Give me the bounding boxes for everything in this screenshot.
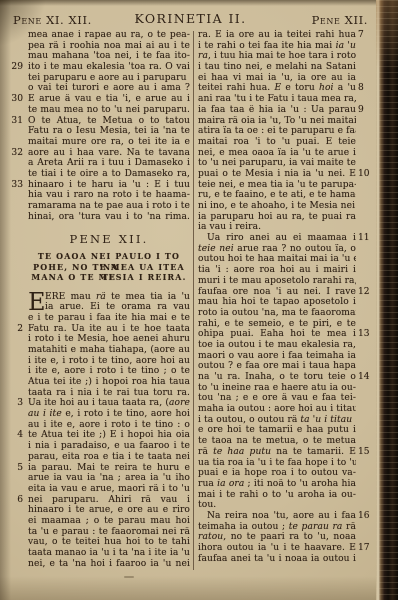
text-line: tou 'na ; e e ore â vau e faa tei- bbox=[198, 393, 356, 404]
text-line: te mau mea no to 'u nei paruparu. bbox=[28, 105, 190, 116]
text-line: hinaaro i te arue, e ore au e riro bbox=[28, 505, 190, 516]
header-right-chapter: Pene XII. bbox=[312, 13, 368, 27]
chapter-summary-line: MANA O TE MESIA I REIRA. bbox=[28, 273, 190, 283]
adjacent-page-edge bbox=[376, 0, 398, 600]
text-line: ani raa 'tu i te Fatu i taua mea ra, bbox=[198, 94, 356, 105]
text-line: maira râ oia ia 'u, To 'u nei maitai bbox=[198, 116, 356, 127]
text-line: ia arue. Ei te orama ra vau bbox=[28, 302, 190, 313]
text-line: te taoa na te metua, o te metua bbox=[198, 436, 356, 447]
verse-number: 7 bbox=[358, 30, 377, 41]
text-line: ra, i tuu hia mai te hoe tara i roto bbox=[198, 51, 356, 62]
text-line: i tau tino nei, e melahi na Satani bbox=[198, 62, 356, 73]
verse-number: 2 bbox=[6, 324, 23, 335]
text-line: maori o vau aore i faa teimaha ia bbox=[198, 351, 356, 362]
text-line: e i te parau i faa ite hia mai e te bbox=[28, 313, 190, 324]
text-line: i te rahi o tei faa ite hia mai ia 'u bbox=[198, 41, 356, 52]
verse-number: 29 bbox=[6, 62, 23, 73]
text-line: o vai tei turori e aore au i ama ? bbox=[28, 83, 190, 94]
text-line: ihora outou ia 'u i te haavare. E17 bbox=[198, 543, 356, 554]
text-line: mau mahana 'toa nei, i te faa ito- bbox=[28, 51, 190, 62]
text-line: ni ino, e te ahoaho, i te Mesia nei : bbox=[198, 201, 356, 212]
text-line: to 'u nei paruparu, ia vai maite te bbox=[198, 158, 356, 169]
right-column-text-block: ra. E ia ore au ia teitei rahi hua7i te … bbox=[198, 30, 356, 564]
text-line: tou. bbox=[198, 500, 356, 511]
text-line: teitei rahi hua. E e toru hoi a 'u8 bbox=[198, 83, 356, 94]
verse-number: 5 bbox=[6, 463, 23, 474]
text-line: i ite e, i roto i te tino, aore hoi au bbox=[28, 356, 190, 367]
text-line: Fatu ra. Ua ite au i te hoe taata2 bbox=[28, 324, 190, 335]
text-line: maitai mure ore ra, o tei ite ia e bbox=[28, 137, 190, 148]
text-line: Ua ite hoi au i taua taata ra, (aore3 bbox=[28, 398, 190, 409]
text-line: teimaha ia outou ; te parau ra râ bbox=[198, 522, 356, 533]
text-line: maitai roa 'i to 'u puai. E teie bbox=[198, 137, 356, 148]
text-line: Fatu ra o Iesu Mesia, tei ia 'na te bbox=[28, 126, 190, 137]
text-line: i ta outou, o outou râ ta 'u i titau : bbox=[198, 415, 356, 426]
text-line: au i ite e, i roto i te tino, aore hoi bbox=[28, 409, 190, 420]
text-line: mau hia hoi te tapao aposetolo i bbox=[198, 297, 356, 308]
text-line: aore au i haa vare. Na te tavana32 bbox=[28, 148, 190, 159]
chapter-heading: PENE XII. bbox=[28, 232, 190, 246]
text-line: eita ia vau e arue, maori râ i to 'u bbox=[28, 484, 190, 495]
text-line: matahiti e maha tiahapa, (aore au bbox=[28, 345, 190, 356]
text-line: râ te haa putu na te tamarii. E15 bbox=[198, 447, 356, 458]
column-divider-rule bbox=[193, 31, 194, 570]
text-line: ei haa vi mai ia 'u, ia ore au ia bbox=[198, 73, 356, 84]
text-line: parau, eita roa e tia i te taata nei bbox=[28, 452, 190, 463]
text-line: ru, e te faaino, e te ati, e te hama- bbox=[198, 190, 356, 201]
running-header: Pene XI. XII. KORINETIA II. Pene XII. bbox=[13, 13, 368, 27]
verse-number: 10 bbox=[358, 169, 377, 180]
right-column: ra. E ia ore au ia teitei rahi hua7i te … bbox=[198, 30, 356, 564]
text-line: ta 'u e parau : te faaoromai nei râ bbox=[28, 527, 190, 538]
text-line: tia 'i : aore roa hoi au i mairi i bbox=[198, 265, 356, 276]
text-line: i ite e, aore i roto i te tino ; o te bbox=[28, 366, 190, 377]
verse-number: 15 bbox=[358, 447, 377, 458]
text-line: Na reira noa 'tu, aore au i faa16 bbox=[198, 511, 356, 522]
verse-number: 9 bbox=[358, 105, 377, 116]
text-line: au i ite e, aore i roto i te tino : o bbox=[28, 420, 190, 431]
text-line: nei, e ta 'na hoi i faaroo ia 'u nei bbox=[28, 559, 190, 570]
text-line: a Areta Arii ra i tuu i Damaseko i bbox=[28, 158, 190, 169]
text-line: toe ia outou i te mau ekalesia ra, bbox=[198, 340, 356, 351]
verse-number: 12 bbox=[358, 287, 377, 298]
text-line: O te Atua, te Metua o to tatou31 bbox=[28, 116, 190, 127]
chapter-summary: TE OAOA NEI PAULO I TO 'NAPOHE, NO TE ME… bbox=[28, 252, 190, 283]
verse-number: 4 bbox=[6, 430, 23, 441]
text-line: arue ia vau ia 'na ; area ia 'u iho bbox=[28, 473, 190, 484]
text-line: ramarama na te pae aua i roto i te bbox=[28, 201, 190, 212]
text-line: ohipa puai. Eaha hoi te mea i13 bbox=[198, 329, 356, 340]
text-line: hinai, ora 'tura vau i to 'na rima. bbox=[28, 212, 190, 223]
left-column: mea anae i rapae au ra, o te pea-pea râ … bbox=[28, 30, 190, 569]
text-line: e ore hoi te tamarii e haa putu i bbox=[198, 425, 356, 436]
text-line: te Atua tei ite ;) E i hopoi hia oia4 bbox=[28, 430, 190, 441]
text-line: ERE mau râ te mea tia ia 'u bbox=[28, 292, 190, 303]
text-line: te tiai i te oire a to Damaseko ra, bbox=[28, 169, 190, 180]
text-line: faufaa anei ta 'u i noaa ia outou i bbox=[198, 554, 356, 565]
text-line: ia parau. Mai te reira te huru e5 bbox=[28, 463, 190, 474]
text-line: teie nei, e mea tia ia 'u te parupa- bbox=[198, 180, 356, 191]
verse-number: 30 bbox=[6, 94, 23, 105]
verse-number: 8 bbox=[358, 83, 377, 94]
text-line: puai o te Mesia i nia ia 'u nei. E10 bbox=[198, 169, 356, 180]
text-line: outou hoi te haa maitai mai ia 'u e bbox=[198, 254, 356, 265]
text-line: nei, e mea oaoa ïa ia 'u te arue i bbox=[198, 148, 356, 159]
text-line: teie nei arue raa ? no outou ïa, o bbox=[198, 244, 356, 255]
text-line: i nia i paradaiso, e ua faaroo i te bbox=[28, 441, 190, 452]
verse-number: 17 bbox=[358, 543, 377, 554]
text-line: hinaaro i te haru ia 'u : E i tuu33 bbox=[28, 180, 190, 191]
text-line: ia faa taa ê hia ia 'u : Ua parau9 bbox=[198, 105, 356, 116]
chapter-summary-line: TE OAOA NEI PAULO I TO 'NA bbox=[28, 252, 190, 262]
chapter11-text-block: mea anae i rapae au ra, o te pea-pea râ … bbox=[28, 30, 190, 222]
verse-number: 11 bbox=[358, 233, 377, 244]
text-line: atira ïa ta oe : ei te paruparu e faa bbox=[198, 126, 356, 137]
text-line: ratou, no te paari ra to 'u, noaa bbox=[198, 532, 356, 543]
verse-number: 6 bbox=[6, 495, 23, 506]
text-line: faufaa ore noa 'i au nei. I rave12 bbox=[198, 287, 356, 298]
text-line: na 'u ra. Inaha, o te toru teie o14 bbox=[198, 372, 356, 383]
text-line: ei maamaa ; o te parau mau hoi bbox=[28, 516, 190, 527]
text-line: rua ia ora ; iti noâ to 'u aroha hia bbox=[198, 479, 356, 490]
text-line: rahi, e te semeio, e te piri, e te bbox=[198, 319, 356, 330]
text-line: muri i te mau aposetolo rarahi ra, bbox=[198, 276, 356, 287]
text-line: to 'u ineine raa e haere atu ia ou- bbox=[198, 383, 356, 394]
verse-number: 16 bbox=[358, 511, 377, 522]
text-line: taata manao ia 'u i ta 'na i ite ia 'u bbox=[28, 548, 190, 559]
text-line: i roto i te Mesia, hoe aenei ahuru bbox=[28, 334, 190, 345]
text-line: E arue â vau e tia 'i, e arue au i30 bbox=[28, 94, 190, 105]
text-line: ito i te mau ekalesia 'toa ra. O vai29 bbox=[28, 62, 190, 73]
verse-number: 3 bbox=[6, 398, 23, 409]
text-line: nei paruparu. Ahiri râ vau i6 bbox=[28, 495, 190, 506]
verse-number: 33 bbox=[6, 180, 23, 191]
text-line: outou ? e faa ore mai i taua hapa bbox=[198, 361, 356, 372]
chapter12-text-block: E ERE mau râ te mea tia ia 'uia arue. Ei… bbox=[28, 292, 190, 570]
text-line: roto ia outou 'na, ma te faaoromai bbox=[198, 308, 356, 319]
text-line: ia vau i reira. bbox=[198, 222, 356, 233]
text-line: ia paruparu hoi au ra, te puai ra bbox=[198, 212, 356, 223]
verse-number: 13 bbox=[358, 329, 377, 340]
verse-number: 32 bbox=[6, 148, 23, 159]
text-line: ra. E ia ore au ia teitei rahi hua7 bbox=[198, 30, 356, 41]
text-line: taata ra i nia i te rai tua toru ra. bbox=[28, 388, 190, 399]
chapter-summary-line: POHE, NO TE MEA UA ITEA TE bbox=[28, 263, 190, 273]
text-line: ua tia roa ia 'u i te faa hope i to 'u bbox=[198, 458, 356, 469]
text-line: maha ia outou : aore hoi au i titau bbox=[198, 404, 356, 415]
verse-number: 31 bbox=[6, 116, 23, 127]
text-line: tei paruparu e aore au i paruparu ? bbox=[28, 73, 190, 84]
text-line: hia vau i raro na roto i te haama- bbox=[28, 190, 190, 201]
text-line: Atua tei ite ;) i hopoi roa hia taua bbox=[28, 377, 190, 388]
text-line: Ua riro anei au ei maamaa i11 bbox=[198, 233, 356, 244]
text-line: mai i te rahi o to 'u aroha ia ou- bbox=[198, 490, 356, 501]
book-page: Pene XI. XII. KORINETIA II. Pene XII. me… bbox=[0, 0, 398, 600]
text-line: puai e ia hope roa i to outou va- bbox=[198, 468, 356, 479]
text-line: pea râ i roohia noa mai ai au i te bbox=[28, 41, 190, 52]
text-line: mea anae i rapae au ra, o te pea- bbox=[28, 30, 190, 41]
text-line: vau, o te teitei hua hoi to te tahi bbox=[28, 537, 190, 548]
ink-smudge bbox=[124, 576, 134, 578]
verse-number: 14 bbox=[358, 372, 377, 383]
